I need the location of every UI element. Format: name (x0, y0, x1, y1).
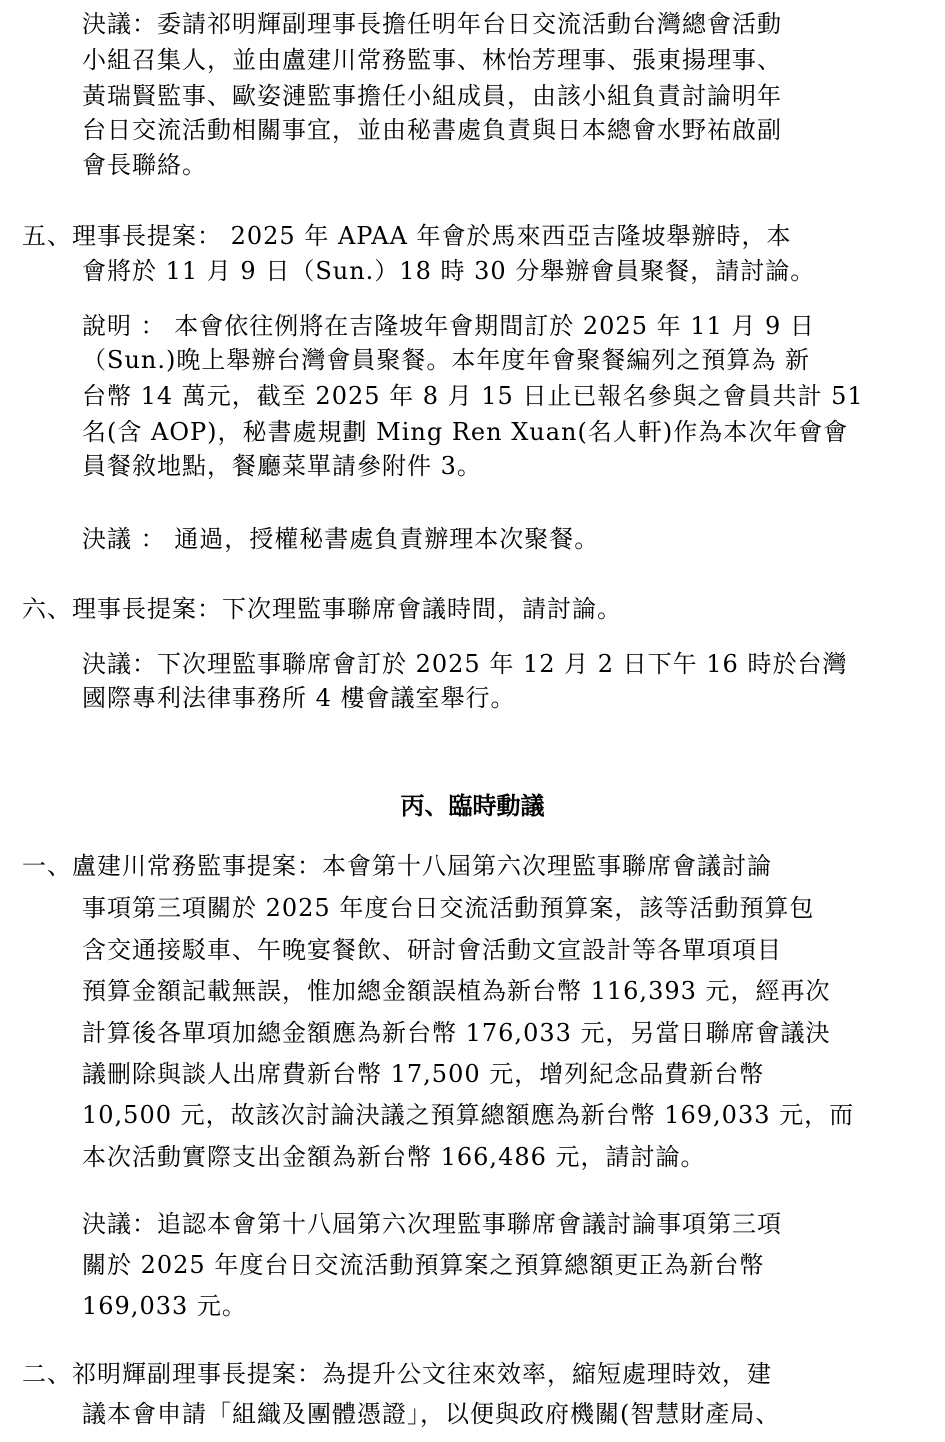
section-heading-extempore-motions: 丙、臨時動議 (0, 790, 945, 822)
text-line: 本次活動實際支出金額為新台幣 166,486 元，請討論。 (82, 1141, 706, 1173)
proposal-title: 一、盧建川常務監事提案：本會第十八屆第六次理監事聯席會議討論 (22, 850, 772, 882)
text-line: 決議：下次理監事聯席會訂於 2025 年 12 月 2 日下午 16 時於台灣 (82, 648, 847, 680)
text-line: 議刪除與談人出席費新台幣 17,500 元，增列紀念品費新台幣 (82, 1058, 764, 1090)
text-line: 169,033 元。 (82, 1290, 247, 1322)
text-line: 預算金額記載無誤，惟加總金額誤植為新台幣 116,393 元，經再次 (82, 975, 831, 1007)
text-line: 台幣 14 萬元，截至 2025 年 8 月 15 日止已報名參與之會員共計 5… (82, 380, 864, 412)
text-line: （Sun.)晚上舉辦台灣會員聚餐。本年度年會聚餐編列之預算為 新 (82, 344, 810, 376)
text-line: 名(含 AOP)，秘書處規劃 Ming Ren Xuan(名人軒)作為本次年會會 (82, 416, 848, 448)
text-line: 員餐敘地點，餐廳菜單請參附件 3。 (82, 450, 482, 482)
text-line: 決議：追認本會第十八屆第六次理監事聯席會議討論事項第三項 (82, 1208, 782, 1240)
text-line: 會將於 11 月 9 日（Sun.）18 時 30 分舉辦會員聚餐，請討論。 (82, 255, 815, 287)
text-line: 事項第三項關於 2025 年度台日交流活動預算案，該等活動預算包 (82, 892, 814, 924)
text-line: 10,500 元，故該次討論決議之預算總額應為新台幣 169,033 元，而 (82, 1099, 854, 1131)
text-line: 決議 ： 通過，授權秘書處負責辦理本次聚餐。 (82, 523, 599, 555)
text-line: 計算後各單項加總金額應為新台幣 176,033 元，另當日聯席會議決 (82, 1017, 831, 1049)
proposal-title: 五、理事長提案： 2025 年 APAA 年會於馬來西亞吉隆坡舉辦時，本 (22, 220, 792, 252)
text-line: 台日交流活動相關事宜，並由秘書處負責與日本總會水野祐啟副 (82, 114, 782, 146)
text-line: 關於 2025 年度台日交流活動預算案之預算總額更正為新台幣 (82, 1249, 764, 1281)
proposal-title: 六、理事長提案：下次理監事聯席會議時間，請討論。 (22, 593, 622, 625)
text-line: 小組召集人，並由盧建川常務監事、林怡芳理事、張東揚理事、 (82, 44, 782, 76)
text-line: 決議：委請祁明輝副理事長擔任明年台日交流活動台灣總會活動 (82, 8, 782, 40)
text-line: 議本會申請「組織及團體憑證」，以便與政府機關(智慧財產局、 (82, 1398, 780, 1430)
text-line: 黃瑞賢監事、歐姿漣監事擔任小組成員，由該小組負責討論明年 (82, 80, 782, 112)
text-line: 國際專利法律事務所 4 樓會議室舉行。 (82, 682, 516, 714)
proposal-title: 二、祁明輝副理事長提案：為提升公文往來效率，縮短處理時效，建 (22, 1358, 772, 1390)
text-line: 含交通接駁車、午晚宴餐飲、研討會活動文宣設計等各單項項目 (82, 934, 782, 966)
text-line: 會長聯絡。 (82, 149, 207, 181)
text-line: 說明 ： 本會依往例將在吉隆坡年會期間訂於 2025 年 11 月 9 日 (82, 310, 815, 342)
